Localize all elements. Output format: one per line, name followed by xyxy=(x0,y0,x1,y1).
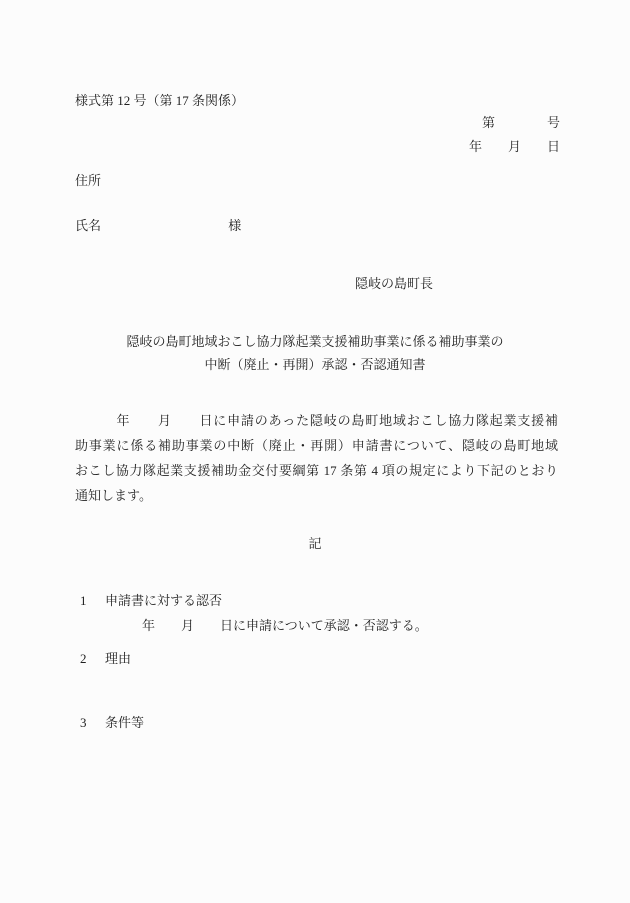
document-number-line: 第 号 xyxy=(482,115,560,131)
item-label: 条件等 xyxy=(105,715,144,731)
document-title-line1: 隠岐の島町地域おこし協力隊起業支援補助事業に係る補助事業の xyxy=(0,330,630,353)
ki-heading: 記 xyxy=(0,536,630,552)
item-label: 理由 xyxy=(105,651,131,667)
document-title: 隠岐の島町地域おこし協力隊起業支援補助事業に係る補助事業の 中断（廃止・再開）承… xyxy=(0,330,630,376)
address-label: 住所 xyxy=(75,173,101,189)
body-line: 年 月 日に申請のあった隠岐の島町地域おこし協力隊起業支援補 xyxy=(75,408,558,433)
document-page: 様式第 12 号（第 17 条関係） 第 号 年 月 日 住所 氏名 様 隠岐の… xyxy=(0,0,630,903)
item-1-detail: 年 月 日に申請について承認・否認する。 xyxy=(142,618,428,634)
recipient-name-row: 氏名 様 xyxy=(75,218,241,234)
item-label: 申請書に対する認否 xyxy=(105,593,222,609)
list-item-3: 3 条件等 xyxy=(80,715,144,731)
form-number: 様式第 12 号（第 17 条関係） xyxy=(75,93,244,109)
list-item-1: 1 申請書に対する認否 xyxy=(80,593,222,609)
list-item-2: 2 理由 xyxy=(80,651,131,667)
sender-title: 隠岐の島町長 xyxy=(355,276,433,292)
body-line: 通知します。 xyxy=(75,483,558,508)
name-label: 氏名 xyxy=(75,218,225,234)
body-line: おこし協力隊起業支援補助金交付要綱第 17 条第 4 項の規定により下記のとおり xyxy=(75,458,558,483)
item-number: 1 xyxy=(80,593,105,609)
body-line: 助事業に係る補助事業の中断（廃止・再開）申請書について、隠岐の島町地域 xyxy=(75,433,558,458)
document-title-line2: 中断（廃止・再開）承認・否認通知書 xyxy=(0,353,630,376)
item-number: 3 xyxy=(80,715,105,731)
item-number: 2 xyxy=(80,651,105,667)
honorific-sama: 様 xyxy=(228,218,241,233)
body-paragraph: 年 月 日に申請のあった隠岐の島町地域おこし協力隊起業支援補 助事業に係る補助事… xyxy=(75,408,558,508)
issue-date-line: 年 月 日 xyxy=(469,139,560,155)
